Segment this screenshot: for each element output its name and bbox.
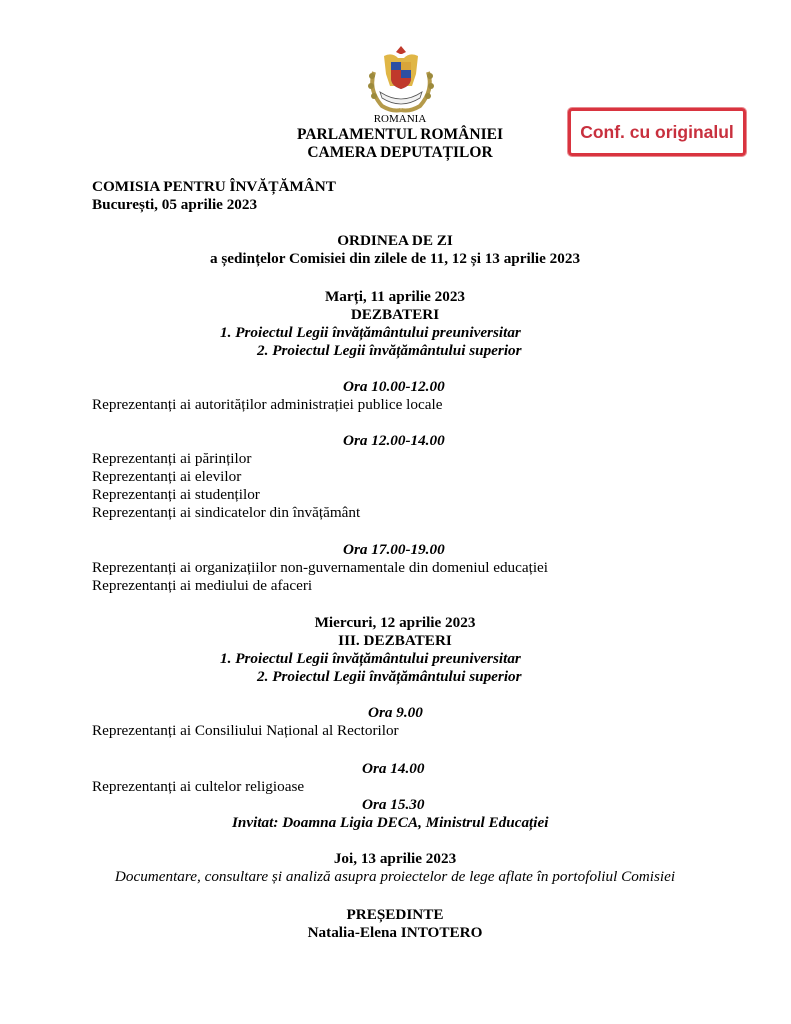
institution-title: PARLAMENTUL ROMÂNIEI <box>200 126 600 144</box>
day-2-heading: III. DEZBATERI <box>80 632 710 650</box>
day-2-project-2: 2. Proiectul Legii învățământului superi… <box>257 668 522 686</box>
committee-name: COMISIA PENTRU ÎNVĂȚĂMÂNT <box>92 178 336 196</box>
participant: Reprezentanți ai elevilor <box>92 468 241 486</box>
agenda-subtitle: a ședințelor Comisiei din zilele de 11, … <box>80 250 710 268</box>
day-1-date: Marți, 11 aprilie 2023 <box>80 288 710 306</box>
day-2-project-1: 1. Proiectul Legii învățământului preuni… <box>220 650 521 668</box>
country-label: ROMANIA <box>300 113 500 125</box>
place-date: București, 05 aprilie 2023 <box>92 196 257 214</box>
stamp-text: Conf. cu originalul <box>580 123 734 141</box>
participant: Reprezentanți ai autorităților administr… <box>92 396 442 414</box>
day-1-session-2-time: Ora 12.00-14.00 <box>343 432 445 450</box>
participant: Reprezentanți ai Consiliului Național al… <box>92 722 399 740</box>
participant: Reprezentanți ai organizațiilor non-guve… <box>92 559 548 577</box>
signature-name: Natalia-Elena INTOTERO <box>80 924 710 942</box>
day-2-session-1-time: Ora 9.00 <box>368 704 423 722</box>
agenda-title: ORDINEA DE ZI <box>80 232 710 250</box>
signature-role: PREȘEDINTE <box>80 906 710 924</box>
day-1-heading: DEZBATERI <box>80 306 710 324</box>
day-1-session-3-time: Ora 17.00-19.00 <box>343 541 445 559</box>
chamber-title: CAMERA DEPUTAȚILOR <box>200 144 600 162</box>
day-1-session-1-time: Ora 10.00-12.00 <box>343 378 445 396</box>
participant: Reprezentanți ai cultelor religioase <box>92 778 304 796</box>
day-2-session-3-time: Ora 15.30 <box>362 796 424 814</box>
day-2-date: Miercuri, 12 aprilie 2023 <box>80 614 710 632</box>
day-3-activity: Documentare, consultare și analiză asupr… <box>80 868 710 886</box>
certified-copy-stamp: Conf. cu originalul <box>568 108 746 156</box>
day-1-project-2: 2. Proiectul Legii învățământului superi… <box>257 342 522 360</box>
participant: Reprezentanți ai mediului de afaceri <box>92 577 312 595</box>
participant: Reprezentanți ai sindicatelor din învăță… <box>92 504 360 522</box>
participant: Reprezentanți ai părinților <box>92 450 251 468</box>
day-2-session-2-time: Ora 14.00 <box>362 760 424 778</box>
participant: Reprezentanți ai studenților <box>92 486 260 504</box>
day-3-date: Joi, 13 aprilie 2023 <box>80 850 710 868</box>
romanian-coat-of-arms-icon <box>362 44 440 116</box>
invited-guest: Invitat: Doamna Ligia DECA, Ministrul Ed… <box>232 814 548 832</box>
day-1-project-1: 1. Proiectul Legii învățământului preuni… <box>220 324 521 342</box>
